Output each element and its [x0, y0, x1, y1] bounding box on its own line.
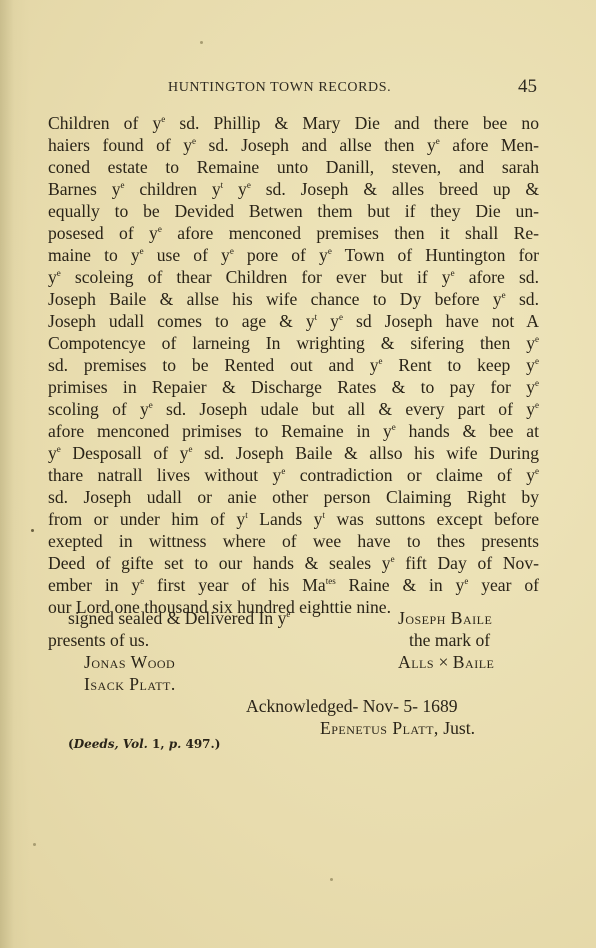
book-page: HUNTINGTON TOWN RECORDS. 45 Children of …: [0, 0, 596, 948]
attestation-line-2: presents of us.: [48, 629, 149, 651]
text-line: maine to ye use of ye pore of ye Town of…: [48, 244, 539, 266]
text-line: sd. Joseph udall or anie other person Cl…: [48, 486, 539, 508]
text-line: haiers found of ye sd. Joseph and allse …: [48, 134, 539, 156]
running-title: HUNTINGTON TOWN RECORDS.: [168, 80, 391, 96]
citation-page: 497.): [181, 737, 220, 751]
acknowledged-text: Acknowledged- Nov- 5- 1689: [246, 696, 458, 716]
text-line: Children of ye sd. Phillip & Mary Die an…: [48, 112, 539, 134]
text-line: scoling of ye sd. Joseph udale but all &…: [48, 398, 539, 420]
text-line: Joseph Baile & allse his wife chance to …: [48, 288, 539, 310]
attestation-line-1: signed sealed & Delivered In ye: [68, 607, 290, 629]
text-line: ye scoleing of thear Children for ever b…: [48, 266, 539, 288]
margin-mark: [31, 529, 34, 532]
deed-body-text: Children of ye sd. Phillip & Mary Die an…: [48, 112, 539, 618]
citation-page-abbr: p.: [169, 737, 182, 751]
text-line: thare natrall lives without ye contradic…: [48, 464, 539, 486]
paper-speck: [330, 878, 333, 881]
paper-speck: [33, 843, 36, 846]
text-line: ember in ye first year of his Mates Rain…: [48, 574, 539, 596]
text-line: sd. premises to be Rented out and ye Ren…: [48, 354, 539, 376]
text-line: Barnes ye children yt ye sd. Joseph & al…: [48, 178, 539, 200]
acknowledgment-line: Acknowledged- Nov- 5- 1689: [246, 695, 458, 717]
text-line: coned estate to Remaine unto Danill, ste…: [48, 156, 539, 178]
running-head: HUNTINGTON TOWN RECORDS. 45: [0, 76, 596, 100]
grantor-joseph-baile: Joseph Baile: [398, 607, 492, 629]
text-line: Joseph udall comes to age & yt ye sd Jos…: [48, 310, 539, 332]
text-line: equally to be Devided Betwen them but if…: [48, 200, 539, 222]
text-line: from or under him of yt Lands yt was sut…: [48, 508, 539, 530]
justice-name: Epenetus Platt,: [320, 718, 439, 738]
page-number: 45: [518, 76, 537, 98]
grantor-last-name: Baile: [453, 652, 495, 672]
witness-jonas-wood: Jonas Wood: [84, 651, 175, 673]
text-line: afore menconed primises to Remaine in ye…: [48, 420, 539, 442]
text-line: Compotencye of larneing In wrighting & s…: [48, 332, 539, 354]
text-line: ye Desposall of ye sd. Joseph Baile & al…: [48, 442, 539, 464]
justice-signature: Epenetus Platt, Just.: [320, 717, 475, 739]
citation-source: Deeds, Vol.: [74, 737, 148, 751]
text-line: posesed of ye afore menconed premises th…: [48, 222, 539, 244]
citation-vol: 1,: [148, 737, 169, 751]
text-line: Deed of gifte set to our hands & seales …: [48, 552, 539, 574]
mark-label: the mark of: [409, 629, 490, 651]
justice-title: Just.: [443, 718, 475, 738]
witness-isack-platt: Isack Platt.: [84, 673, 176, 695]
text-line: exepted in wittness where of wee have to…: [48, 530, 539, 552]
paper-speck: [200, 41, 203, 44]
source-citation: (Deeds, Vol. 1, p. 497.): [68, 737, 220, 751]
mark-x-icon: ×: [438, 652, 448, 672]
grantor-alls-baile: Alls × Baile: [398, 651, 494, 673]
grantor-first-name: Alls: [398, 652, 434, 672]
text-line: primises in Repaier & Discharge Rates & …: [48, 376, 539, 398]
